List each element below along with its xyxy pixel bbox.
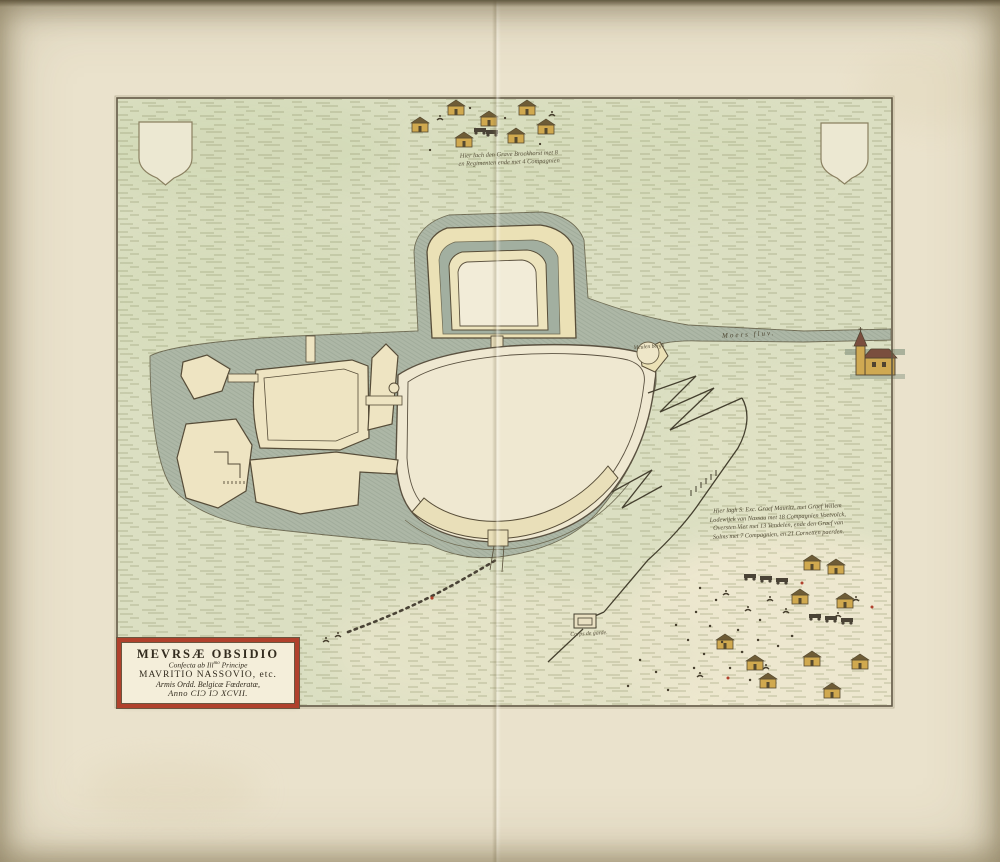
title-cartouche: MEVRSÆ OBSIDIO Confecta ab Illmo Princip… [121, 642, 295, 704]
mill-hill [637, 342, 659, 364]
cartouche-subtitle-text: Confecta ab Ill [169, 661, 214, 670]
cartouche-date: Anno CIƆ IƆ XCVII. [168, 689, 248, 699]
siege-map-engraving [0, 0, 1000, 862]
paper-stain [80, 760, 260, 820]
cartouche-subtitle: Confecta ab Illmo Principe [169, 661, 248, 670]
cartouche-prince-name: MAVRITIO NASSOVIO, etc. [139, 670, 277, 681]
water-gate [488, 530, 508, 546]
guard-post-square [574, 614, 596, 628]
paper-sheet: { "colors": { "paper": "#eae2cc", "map_t… [0, 0, 1000, 862]
cartouche-title: MEVRSÆ OBSIDIO [137, 647, 279, 661]
cartouche-subtitle-text: Principe [220, 661, 248, 670]
